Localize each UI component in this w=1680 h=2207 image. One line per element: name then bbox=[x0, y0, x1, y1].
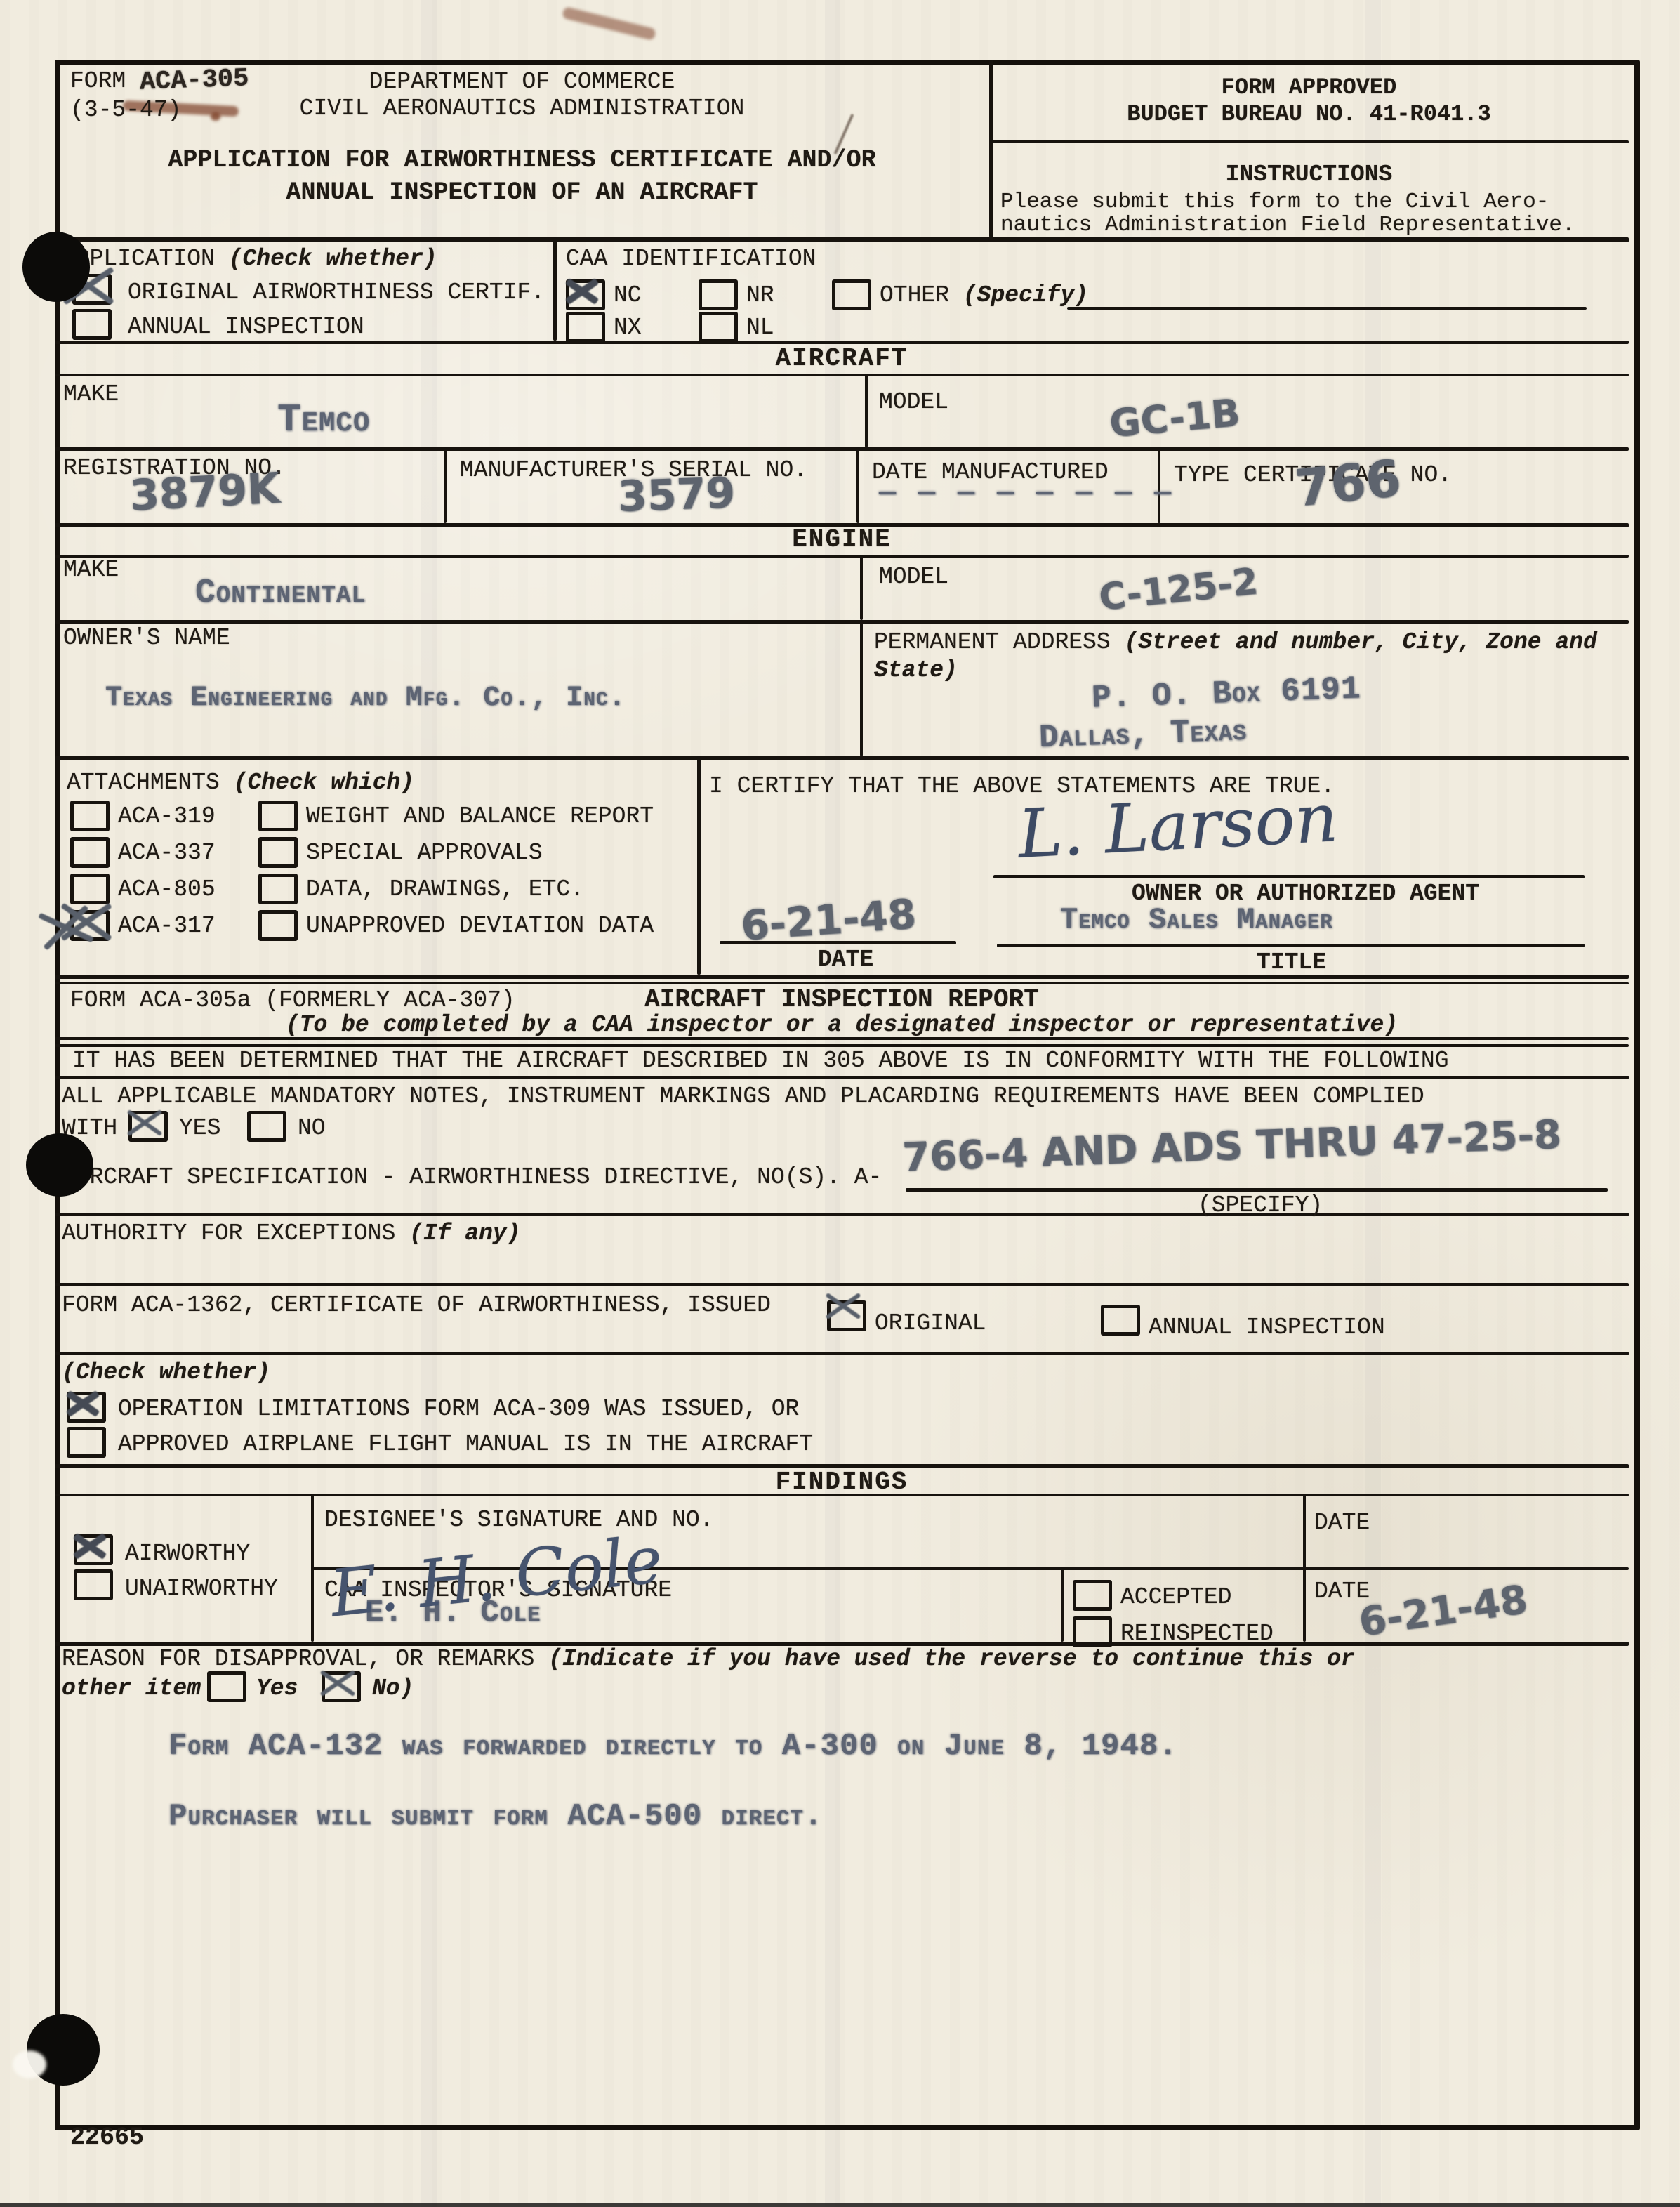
checkbox-aca-805 bbox=[70, 874, 110, 904]
divider bbox=[860, 620, 863, 756]
divider bbox=[55, 237, 1629, 242]
divider bbox=[311, 1494, 314, 1642]
divider bbox=[856, 447, 859, 523]
reverse-yes-label: Yes bbox=[256, 1677, 298, 1701]
inspection-report-subtitle: (To be completed by a CAA inspector or a… bbox=[55, 1013, 1629, 1038]
complied-yes-label: YES bbox=[179, 1116, 220, 1141]
owner-name-label: OWNER'S NAME bbox=[63, 626, 230, 651]
punch-hole bbox=[22, 232, 90, 302]
other-label-text: OTHER bbox=[880, 282, 949, 308]
checkbox-aca-337 bbox=[70, 837, 110, 868]
owner-name-value: Texas Engineering and Mfg. Co., Inc. bbox=[105, 683, 626, 714]
determined-line: IT HAS BEEN DETERMINED THAT THE AIRCRAFT… bbox=[72, 1049, 1449, 1074]
scan-edge bbox=[0, 2203, 1680, 2207]
nx-label: NX bbox=[614, 316, 642, 341]
paper-tear bbox=[13, 2050, 46, 2078]
punch-hole bbox=[26, 1133, 93, 1197]
checkbox-issued-original bbox=[827, 1300, 866, 1331]
authority-exceptions-text: AUTHORITY FOR EXCEPTIONS bbox=[62, 1220, 395, 1246]
permanent-address-label: PERMANENT ADDRESS (Street and number, Ci… bbox=[874, 631, 1597, 655]
engine-make-value: Continental bbox=[195, 574, 366, 612]
nl-label: NL bbox=[746, 316, 774, 341]
issued-original-label: ORIGINAL bbox=[875, 1312, 986, 1336]
annual-inspection-label: ANNUAL INSPECTION bbox=[128, 315, 364, 340]
checkbox-issued-annual bbox=[1101, 1305, 1140, 1336]
checkbox-nl bbox=[699, 312, 738, 343]
divider bbox=[697, 756, 701, 975]
inspection-report-title: AIRCRAFT INSPECTION REPORT bbox=[55, 987, 1629, 1013]
checkbox-aca-317 bbox=[70, 910, 110, 941]
special-approvals-label: SPECIAL APPROVALS bbox=[306, 841, 543, 866]
aca-317-label: ACA-317 bbox=[118, 914, 216, 939]
engine-make-label: MAKE bbox=[63, 558, 119, 583]
other-label-paren: (Specify) bbox=[963, 282, 1088, 308]
divider bbox=[55, 620, 1629, 624]
permanent-address-paren2: State) bbox=[874, 659, 958, 683]
checkbox-airworthy bbox=[74, 1534, 113, 1565]
divider bbox=[1303, 1494, 1306, 1642]
divider bbox=[865, 374, 868, 447]
checkbox-nx bbox=[566, 312, 605, 343]
caa-identification-label: CAA IDENTIFICATION bbox=[566, 247, 816, 272]
divider bbox=[1061, 1567, 1064, 1642]
aircraft-model-label: MODEL bbox=[879, 390, 948, 415]
check-x-mark bbox=[46, 910, 86, 945]
divider bbox=[55, 555, 1629, 558]
instructions-line1: Please submit this form to the Civil Aer… bbox=[1000, 191, 1549, 214]
budget-bureau-line: BUDGET BUREAU NO. 41-R041.3 bbox=[989, 103, 1629, 126]
date-manufactured-value: — — — — — — — — bbox=[879, 477, 1174, 509]
spec-directive-line: AIRCRAFT SPECIFICATION - AIRWORTHINESS D… bbox=[62, 1166, 882, 1190]
aca-1362-line: FORM ACA-1362, CERTIFICATE OF AIRWORTHIN… bbox=[62, 1293, 771, 1318]
issued-annual-label: ANNUAL INSPECTION bbox=[1149, 1316, 1385, 1340]
certification-title-value: Temco Sales Manager bbox=[1060, 903, 1333, 937]
engine-model-label: MODEL bbox=[879, 565, 948, 590]
check-whether-label: (Check whether) bbox=[62, 1361, 270, 1385]
checkbox-accepted bbox=[1073, 1580, 1112, 1611]
remarks-header-line1: REASON FOR DISAPPROVAL, OR REMARKS (Indi… bbox=[62, 1647, 1355, 1672]
data-drawings-label: DATA, DRAWINGS, ETC. bbox=[306, 878, 584, 902]
other-label: OTHER (Specify) bbox=[880, 284, 1088, 308]
check-x-mark bbox=[127, 1108, 162, 1138]
checkbox-unairworthy bbox=[74, 1569, 113, 1600]
divider bbox=[55, 982, 1629, 984]
instructions-line2: nautics Administration Field Representat… bbox=[1000, 214, 1575, 237]
remarks-label: REASON FOR DISAPPROVAL, OR REMARKS bbox=[62, 1646, 534, 1672]
findings-section-title: FINDINGS bbox=[55, 1469, 1629, 1496]
unapproved-deviation-label: UNAPPROVED DEVIATION DATA bbox=[306, 914, 654, 939]
divider bbox=[444, 447, 447, 523]
authority-exceptions-label: AUTHORITY FOR EXCEPTIONS (If any) bbox=[62, 1222, 521, 1246]
aca-337-label: ACA-337 bbox=[118, 841, 216, 866]
page-title-line2: ANNUAL INSPECTION OF AN AIRCRAFT bbox=[55, 180, 989, 206]
aircraft-make-label: MAKE bbox=[63, 383, 119, 407]
checkbox-reverse-no bbox=[322, 1671, 361, 1702]
divider bbox=[553, 237, 557, 341]
unairworthy-label: UNAIRWORTHY bbox=[125, 1577, 278, 1602]
divider bbox=[55, 1213, 1629, 1216]
permanent-address-label-text: PERMANENT ADDRESS bbox=[874, 629, 1111, 655]
checkbox-reinspected bbox=[1073, 1616, 1112, 1647]
checkbox-flight-manual bbox=[67, 1427, 106, 1458]
checkbox-other bbox=[832, 279, 871, 310]
checkbox-operation-limitations bbox=[67, 1392, 106, 1423]
remarks-line2: Purchaser will submit form ACA-500 direc… bbox=[168, 1799, 824, 1834]
original-airworthiness-label: ORIGINAL AIRWORTHINESS CERTIF. bbox=[128, 281, 545, 305]
divider bbox=[55, 1283, 1629, 1286]
remarks-label-paren1: (Indicate if you have used the reverse t… bbox=[548, 1646, 1355, 1672]
check-x-mark bbox=[72, 1531, 107, 1561]
checkbox-reverse-yes bbox=[207, 1671, 246, 1702]
other-specify-line bbox=[1067, 307, 1587, 310]
divider bbox=[55, 1076, 1629, 1079]
form-approved-line: FORM APPROVED bbox=[989, 76, 1629, 100]
checkbox-special-approvals bbox=[258, 837, 298, 868]
divider bbox=[860, 555, 863, 620]
checkbox-weight-balance bbox=[258, 801, 298, 831]
divider bbox=[55, 1352, 1629, 1355]
aca-319-label: ACA-319 bbox=[118, 805, 216, 829]
title-line bbox=[997, 944, 1585, 947]
attachments-label: ATTACHMENTS (Check which) bbox=[67, 771, 414, 796]
signature-line bbox=[993, 875, 1585, 878]
checkbox-data-drawings bbox=[258, 874, 298, 904]
flight-manual-label: APPROVED AIRPLANE FLIGHT MANUAL IS IN TH… bbox=[118, 1432, 813, 1457]
department-line: DEPARTMENT OF COMMERCE bbox=[55, 70, 989, 95]
designee-date-label: DATE bbox=[1314, 1511, 1370, 1536]
operation-limitations-label: OPERATION LIMITATIONS FORM ACA-309 WAS I… bbox=[118, 1397, 799, 1422]
aca-805-label: ACA-805 bbox=[118, 878, 216, 902]
form-serial-number: 22665 bbox=[70, 2125, 144, 2151]
attachments-label-paren: (Check which) bbox=[234, 770, 414, 796]
checkbox-unapproved-deviation bbox=[258, 910, 298, 941]
owner-address-line2: Dallas, Texas bbox=[1038, 713, 1248, 756]
checkbox-annual-inspection bbox=[72, 309, 112, 340]
instructions-title: INSTRUCTIONS bbox=[989, 163, 1629, 187]
check-x-mark bbox=[65, 1389, 100, 1418]
serial-no-value: 3579 bbox=[617, 468, 736, 522]
scanned-form-page: FORM ACA-305 (3-5-47) DEPARTMENT OF COMM… bbox=[0, 0, 1680, 2207]
aircraft-make-value: Temco bbox=[277, 397, 370, 442]
remarks-label-paren2: other item bbox=[62, 1677, 201, 1701]
divider bbox=[55, 374, 1629, 376]
date-caption: DATE bbox=[818, 948, 873, 973]
divider bbox=[55, 1044, 1629, 1047]
nc-label: NC bbox=[614, 284, 642, 308]
airworthy-label: AIRWORTHY bbox=[125, 1542, 250, 1567]
remarks-line1: Form ACA-132 was forwarded directly to A… bbox=[168, 1729, 1178, 1764]
compliance-line: ALL APPLICABLE MANDATORY NOTES, INSTRUME… bbox=[62, 1085, 1424, 1109]
nr-label: NR bbox=[746, 284, 774, 308]
specify-caption: (SPECIFY) bbox=[1198, 1194, 1323, 1218]
ink-stain bbox=[562, 6, 656, 41]
check-x-mark bbox=[826, 1291, 861, 1321]
accepted-label: ACCEPTED bbox=[1120, 1586, 1231, 1610]
engine-section-title: ENGINE bbox=[55, 527, 1629, 553]
check-x-mark bbox=[320, 1668, 355, 1698]
divider bbox=[55, 975, 1629, 979]
divider bbox=[989, 140, 1629, 143]
administration-line: CIVIL AERONAUTICS ADMINISTRATION bbox=[55, 97, 989, 121]
divider bbox=[55, 756, 1629, 760]
application-label-paren: (Check whether) bbox=[229, 246, 437, 272]
reinspected-label: REINSPECTED bbox=[1120, 1622, 1274, 1647]
page-title-line1: APPLICATION FOR AIRWORTHINESS CERTIFICAT… bbox=[55, 147, 989, 173]
checkbox-nc bbox=[566, 279, 605, 310]
complied-no-label: NO bbox=[298, 1116, 326, 1141]
specify-line bbox=[906, 1188, 1608, 1192]
reverse-no-label: No) bbox=[372, 1677, 414, 1701]
permanent-address-paren1: (Street and number, City, Zone and bbox=[1124, 629, 1596, 655]
checkbox-complied-yes bbox=[128, 1111, 168, 1142]
attachments-label-text: ATTACHMENTS bbox=[67, 770, 220, 796]
checkbox-aca-319 bbox=[70, 801, 110, 831]
date-line bbox=[720, 941, 956, 944]
checkbox-complied-no bbox=[247, 1111, 286, 1142]
type-certificate-value: 766 bbox=[1292, 448, 1403, 518]
check-x-mark bbox=[564, 277, 600, 306]
registration-no-value: 3879K bbox=[128, 463, 281, 520]
weight-balance-label: WEIGHT AND BALANCE REPORT bbox=[306, 805, 654, 829]
title-caption: TITLE bbox=[1257, 951, 1326, 975]
checkbox-nr bbox=[699, 279, 738, 310]
aircraft-section-title: AIRCRAFT bbox=[55, 345, 1629, 372]
authority-exceptions-paren: (If any) bbox=[409, 1220, 520, 1246]
application-label: APPLICATION (Check whether) bbox=[62, 247, 437, 272]
